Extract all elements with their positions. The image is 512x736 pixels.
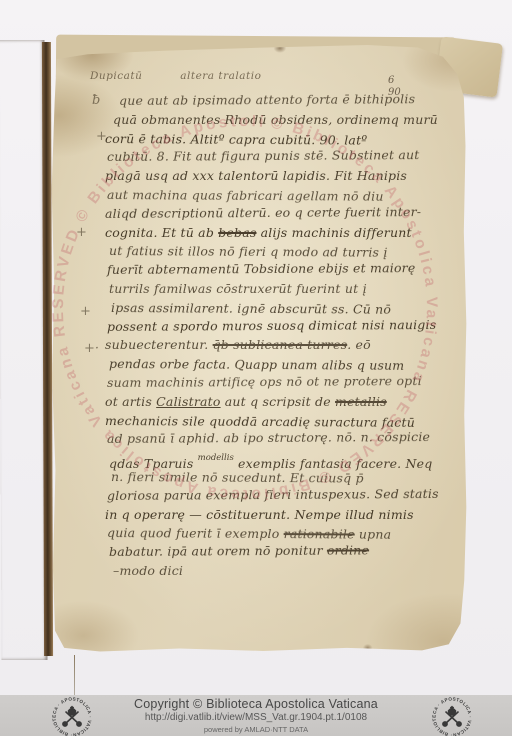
manuscript-line: possent a spordo muros suosq dimicat nis… <box>107 315 450 336</box>
manuscript-segment: upna <box>355 527 392 542</box>
header-word-right: altera tralatio <box>180 70 261 82</box>
manuscript-segment: possent a spordo muros suosq dimicat nis… <box>107 317 436 334</box>
manuscript-line: in q operarę — cōstituerunt. Nempe illud… <box>105 506 450 525</box>
manuscript-segment: quia quod fuerit ī exemplo <box>107 525 284 541</box>
margin-mark: + <box>76 226 87 239</box>
margin-mark: + <box>80 305 91 318</box>
header-word-left: Dupicatū <box>90 70 142 82</box>
manuscript-line: gloriosa parua exempla fieri intuspexus.… <box>107 485 450 506</box>
book-fore-edge <box>0 40 48 660</box>
manuscript-segment-strike: bebas <box>218 225 256 240</box>
manuscript-segment: in q operarę — cōstituerunt. Nempe illud… <box>105 507 414 522</box>
manuscript-segment: ad psanū ī aphid. ab ipo structorę. nō. … <box>107 429 430 446</box>
manuscript-line: –modo dici <box>113 562 450 581</box>
manuscript-segment: aliqd descriptionū alterū. eo q certe fu… <box>105 204 421 221</box>
photograph-area: Dupicatū altera tralatio 6 90 que aut ab… <box>0 0 512 695</box>
manuscript-line: turrils familwas cōstruxerūt fuerint ut … <box>109 280 450 299</box>
copyright-text: Copyright © Biblioteca Apostolica Vatica… <box>134 697 378 711</box>
manuscript-segment: gloriosa parua exempla fieri intuspexus.… <box>107 486 439 503</box>
margin-mark: + <box>96 130 107 143</box>
manuscript-segment: cognita. Et tū ab <box>105 225 218 240</box>
manuscript-line: cubitū. 8. Fit aut figura punis stē. Sub… <box>107 146 450 167</box>
manuscript-segment: . eō <box>347 337 371 352</box>
manuscript-segment: ipsas assimilarent. ignē abscurūt ss. Cū… <box>111 300 391 317</box>
crossed-keys-tiara-icon <box>443 707 461 727</box>
manuscript-segment: –modo dici <box>113 563 183 578</box>
manuscript-line: ad psanū ī aphid. ab ipo structorę. nō. … <box>107 428 450 449</box>
manuscript-text-block: que aut ab ipsimado attento forta ē bith… <box>105 92 450 581</box>
manuscript-segment-strike: ordine <box>327 543 369 558</box>
manuscript-segment: alijs machinis differunt <box>256 225 411 240</box>
manuscript-segment: corū ē tabis. Altitº capra cubitū. 90. l… <box>105 131 367 148</box>
manuscript-segment: plagā usq ad xxx talentorū lapidis. Fit … <box>105 168 407 183</box>
manuscript-line: plagā usq ad xxx talentorū lapidis. Fit … <box>105 167 450 186</box>
manuscript-line: suam machinis artificę ops nō ot ne prot… <box>107 372 450 393</box>
manuscript-segment-sup: modellis <box>198 453 234 463</box>
margin-mark: +· <box>84 342 99 355</box>
manuscript-page: Dupicatū altera tralatio 6 90 que aut ab… <box>50 42 468 654</box>
manuscript-segment: aut machina quas fabricari agellam nō di… <box>107 187 384 204</box>
manuscript-segment: turrils familwas cōstruxerūt fuerint ut … <box>109 281 367 296</box>
manuscript-segment: mechanicis sile quoddā arcadię suractura… <box>105 413 415 430</box>
manuscript-line: subuecterentur. q̄b sublicanea turres. e… <box>105 336 450 355</box>
manuscript-line: ot artis Calistrato aut q scripsit de me… <box>105 393 450 412</box>
vatican-library-seal-left: · BIBLIOTECA · APOSTOLICA · VATICANA <box>52 697 92 736</box>
manuscript-segment: n. fieri simile nō sucedunt. Et cuiusq̄ … <box>111 469 364 486</box>
manuscript-segment: aut q scripsit de <box>221 394 335 409</box>
manuscript-segment: fuerīt abternamentū Tobsidione ebijs et … <box>107 260 416 277</box>
digitized-manuscript-viewer: Dupicatū altera tralatio 6 90 que aut ab… <box>0 0 512 736</box>
manuscript-segment-underline: Calistrato <box>156 394 220 409</box>
manuscript-line: cognita. Et tū ab bebas alijs machinis d… <box>105 224 450 243</box>
loose-thread <box>74 655 75 695</box>
manuscript-segment-strike: metallis <box>335 394 387 409</box>
manuscript-segment: subuecterentur. <box>105 337 213 352</box>
manuscript-segment: cubitū. 8. Fit aut figura punis stē. Sub… <box>107 147 420 164</box>
folio-number-top: 6 <box>388 76 401 86</box>
manuscript-segment: suam machinis artificę ops nō ot ne prot… <box>107 373 422 390</box>
manuscript-line: fuerīt abternamentū Tobsidione ebijs et … <box>107 259 450 280</box>
manuscript-line: que aut ab ipsimado attento forta ē bith… <box>119 90 450 111</box>
manuscript-segment: ot artis <box>105 394 156 409</box>
manuscript-line: aliqd descriptionū alterū. eo q certe fu… <box>105 203 450 224</box>
manuscript-line: quā obmanentes Rhodū obsidens, ordinemq … <box>113 111 450 130</box>
book-gutter-shadow <box>42 42 53 656</box>
margin-mark: ƀ <box>92 94 100 107</box>
manuscript-line: babatur. ipā aut orem nō ponitur ordine <box>109 541 450 562</box>
manuscript-segment: babatur. ipā aut orem nō ponitur <box>109 543 327 559</box>
manuscript-segment: quā obmanentes Rhodū obsidens, ordinemq … <box>113 112 438 127</box>
manuscript-segment-strike: rationabile <box>284 526 355 541</box>
manuscript-line: qdas Tparuis modellis exemplis fantasia … <box>109 449 450 468</box>
source-url: http://digi.vatlib.it/view/MSS_Vat.gr.19… <box>145 712 367 723</box>
manuscript-segment: ut fatius sit illos nō fieri q modo ad t… <box>109 243 388 260</box>
manuscript-segment-strike: q̄b sublicanea turres <box>213 337 348 352</box>
manuscript-header: Dupicatū altera tralatio <box>90 70 390 82</box>
crossed-keys-tiara-icon <box>63 707 81 727</box>
manuscript-segment: que aut ab ipsimado attento forta ē bith… <box>119 91 415 108</box>
powered-by-text: powered by AMLAD·NTT DATA <box>204 725 308 734</box>
vatican-library-seal-right: · BIBLIOTECA · APOSTOLICA · VATICANA <box>432 697 472 736</box>
manuscript-segment: pendas orbe facta. Quapp unam alibs q us… <box>109 356 404 373</box>
